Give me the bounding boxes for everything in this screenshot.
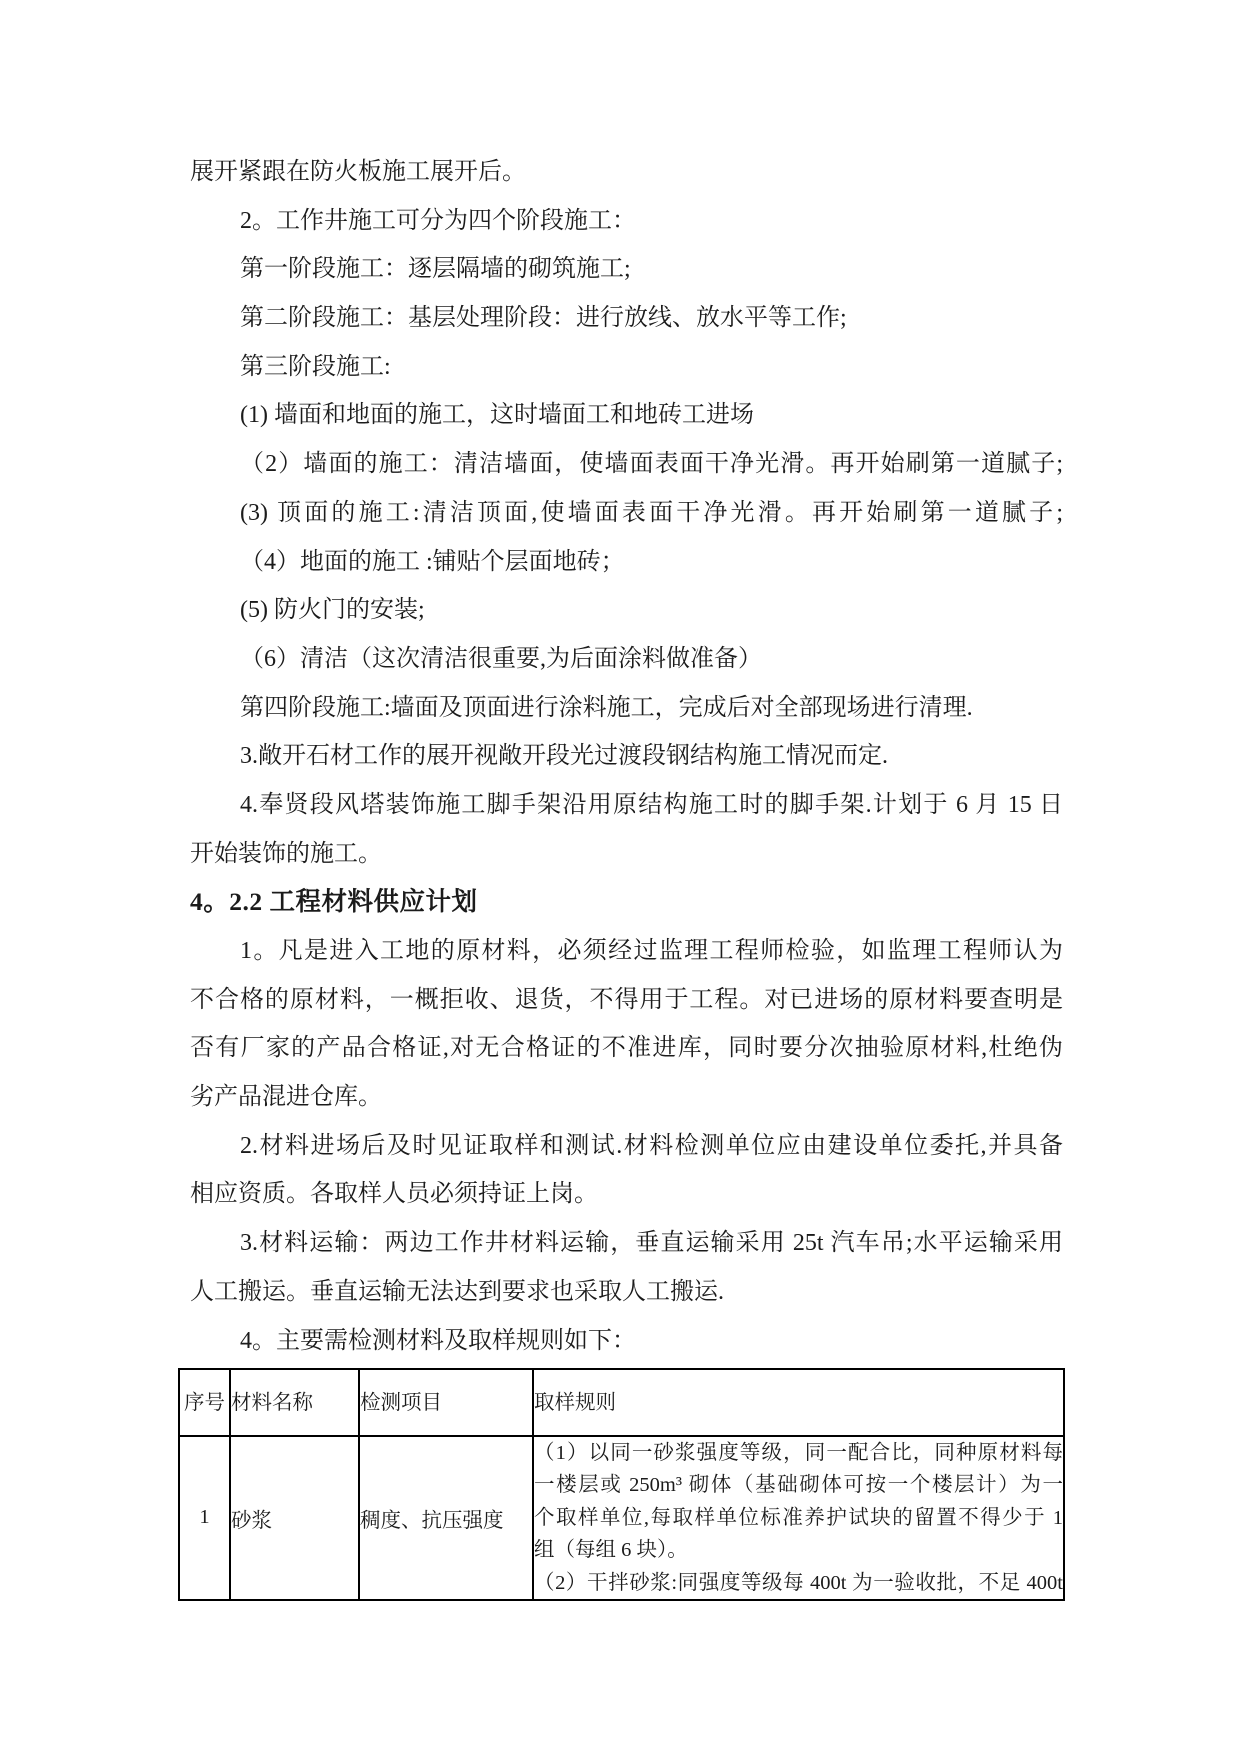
text-line: 3.材料运输：两边工作井材料运输，垂直运输采用 25t 汽车吊;水平运输采用	[190, 1219, 1063, 1268]
text-line: （6）清洁（这次清洁很重要,为后面涂料做准备）	[190, 635, 1063, 684]
rule-line: 一楼层或 250m³ 砌体（基础砌体可按一个楼层计）为一	[534, 1469, 1063, 1501]
header-test-items: 检测项目	[359, 1369, 533, 1436]
text-line: (5) 防火门的安装;	[190, 586, 1063, 635]
text-line: (1) 墙面和地面的施工，这时墙面工和地砖工进场	[190, 391, 1063, 440]
rule-line: （2）干拌砂浆:同强度等级每 400t 为一验收批，不足 400t	[534, 1567, 1063, 1599]
header-sampling-rules: 取样规则	[533, 1369, 1064, 1436]
text-line: 4。主要需检测材料及取样规则如下：	[190, 1317, 1063, 1366]
cell-material-name: 砂浆	[230, 1436, 359, 1600]
cell-test-items: 稠度、抗压强度	[359, 1436, 533, 1600]
rule-line: 个取样单位,每取样单位标准养护试块的留置不得少于 1	[534, 1502, 1063, 1534]
text-line: (3) 顶面的施工:清洁顶面,使墙面表面干净光滑。再开始刷第一道腻子;	[190, 489, 1063, 538]
text-line: 展开紧跟在防火板施工展开后。	[190, 148, 1063, 197]
text-line: （2）墙面的施工：清洁墙面，使墙面表面干净光滑。再开始刷第一道腻子;	[190, 440, 1063, 489]
document-page: 展开紧跟在防火板施工展开后。 2。工作井施工可分为四个阶段施工： 第一阶段施工：…	[0, 0, 1241, 1754]
text-line: 1。凡是进入工地的原材料，必须经过监理工程师检验，如监理工程师认为	[190, 927, 1063, 976]
text-line: 不合格的原材料，一概拒收、退货，不得用于工程。对已进场的原材料要查明是	[190, 976, 1063, 1025]
header-seq-no: 序号	[179, 1369, 230, 1436]
text-line: 开始装饰的施工。	[190, 830, 1063, 879]
text-line: 第三阶段施工:	[190, 343, 1063, 392]
table-row: 1 砂浆 稠度、抗压强度 （1）以同一砂浆强度等级，同一配合比，同种原材料每 一…	[179, 1436, 1064, 1600]
materials-sampling-table: 序号 材料名称 检测项目 取样规则 1 砂浆 稠度、抗压强度 （1）以同一砂浆强…	[178, 1368, 1065, 1601]
text-line: 4.奉贤段风塔装饰施工脚手架沿用原结构施工时的脚手架.计划于 6 月 15 日	[190, 781, 1063, 830]
text-line: 相应资质。各取样人员必须持证上岗。	[190, 1170, 1063, 1219]
text-line: 2。工作井施工可分为四个阶段施工：	[190, 197, 1063, 246]
rule-line: 组（每组 6 块）。	[534, 1534, 1063, 1566]
text-line: 第四阶段施工:墙面及顶面进行涂料施工，完成后对全部现场进行清理.	[190, 684, 1063, 733]
text-line: 第二阶段施工：基层处理阶段：进行放线、放水平等工作;	[190, 294, 1063, 343]
table-header-row: 序号 材料名称 检测项目 取样规则	[179, 1369, 1064, 1436]
text-line: （4）地面的施工 :铺贴个层面地砖；	[190, 538, 1063, 587]
text-line: 第一阶段施工：逐层隔墙的砌筑施工;	[190, 245, 1063, 294]
cell-sampling-rules: （1）以同一砂浆强度等级，同一配合比，同种原材料每 一楼层或 250m³ 砌体（…	[533, 1436, 1064, 1600]
header-material-name: 材料名称	[230, 1369, 359, 1436]
text-line: 3.敞开石材工作的展开视敞开段光过渡段钢结构施工情况而定.	[190, 732, 1063, 781]
body-text: 展开紧跟在防火板施工展开后。 2。工作井施工可分为四个阶段施工： 第一阶段施工：…	[190, 148, 1063, 1365]
rule-line: （1）以同一砂浆强度等级，同一配合比，同种原材料每	[534, 1437, 1063, 1469]
text-line: 否有厂家的产品合格证,对无合格证的不准进库，同时要分次抽验原材料,杜绝伪	[190, 1024, 1063, 1073]
cell-seq-no: 1	[179, 1436, 230, 1600]
text-line: 2.材料进场后及时见证取样和测试.材料检测单位应由建设单位委托,并具备	[190, 1122, 1063, 1171]
section-heading: 4。2.2 工程材料供应计划	[190, 878, 1063, 927]
text-line: 劣产品混进仓库。	[190, 1073, 1063, 1122]
text-line: 人工搬运。垂直运输无法达到要求也采取人工搬运.	[190, 1268, 1063, 1317]
